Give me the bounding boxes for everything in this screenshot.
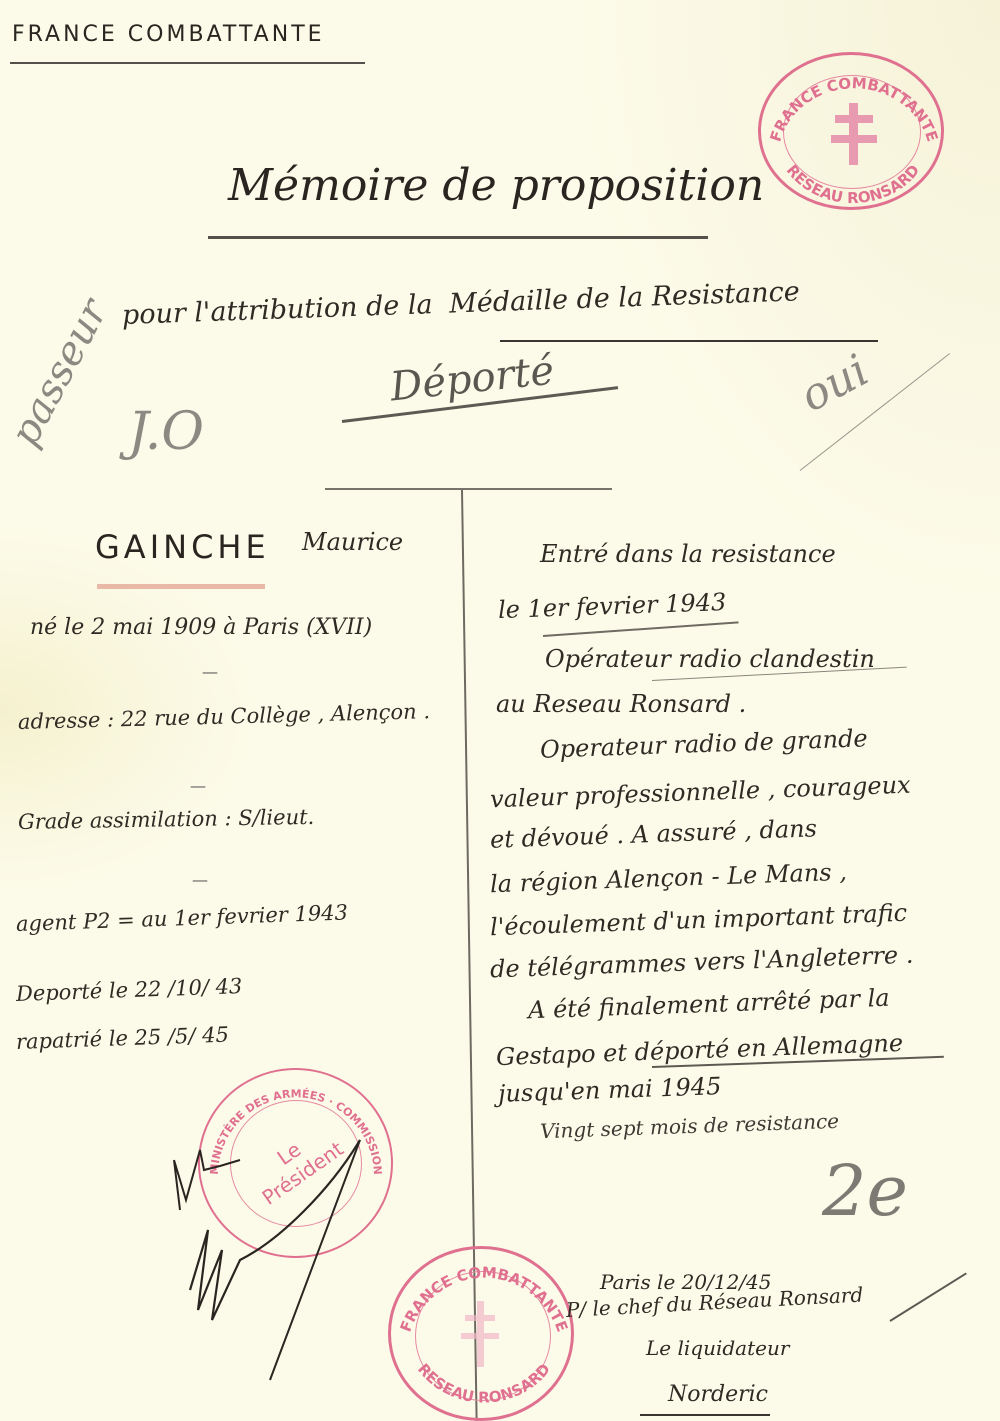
separator-2: — xyxy=(190,776,206,795)
narrative-line-1: Entré dans la resistance xyxy=(540,540,836,568)
person-deported: Deporté le 22 /10/ 43 xyxy=(16,974,243,1006)
lorraine-cross-icon xyxy=(461,1301,499,1367)
narrative-line-3: Opérateur radio clandestin xyxy=(545,645,875,673)
margin-note-2e: 2e xyxy=(822,1150,908,1232)
narrative-line-6: valeur professionnelle , courageux xyxy=(490,771,911,814)
person-birth: né le 2 mai 1909 à Paris (XVII) xyxy=(30,615,372,640)
narrative-line-4: au Reseau Ronsard . xyxy=(496,690,746,718)
narrative-line-5: Operateur radio de grande xyxy=(540,724,868,763)
person-first-name: Maurice xyxy=(302,528,403,556)
document-title: Mémoire de proposition xyxy=(228,160,764,211)
subtitle-prefix: pour l'attribution de la xyxy=(121,289,433,331)
president-signature xyxy=(160,1130,400,1390)
award-underline xyxy=(500,340,878,342)
stamp-text-ring: FRANCE COMBATTANTE RESEAU RONSARD xyxy=(761,55,947,213)
svg-text:RESEAU RONSARD: RESEAU RONSARD xyxy=(414,1360,554,1406)
bottom-right-stroke xyxy=(889,1272,966,1321)
narrative-line-11: A été finalement arrêté par la xyxy=(528,984,890,1025)
person-repatriated: rapatrié le 25 /5/ 45 xyxy=(16,1023,230,1054)
narrative-line-9: l'écoulement d'un important trafic xyxy=(490,899,908,942)
signature-role: Le liquidateur xyxy=(646,1336,789,1360)
organisation-header: FRANCE COMBATTANTE xyxy=(12,22,325,47)
stamp-reseau-ronsard-bottom: FRANCE COMBATTANTE RESEAU RONSARD xyxy=(388,1246,574,1421)
separator-3: — xyxy=(192,870,208,889)
subtitle-award: Médaille de la Resistance xyxy=(449,276,801,319)
person-agent: agent P2 = au 1er fevrier 1943 xyxy=(16,900,349,936)
narrative-line-2: le 1er fevrier 1943 xyxy=(498,588,727,624)
margin-note-passeur: passeur xyxy=(2,292,117,454)
stamp-reseau-ronsard-top: FRANCE COMBATTANTE RESEAU RONSARD xyxy=(758,52,944,210)
title-underline xyxy=(208,236,708,239)
narrative-line-10: de télégrammes vers l'Angleterre . xyxy=(490,941,914,984)
surname-red-underline xyxy=(97,584,265,589)
separator-1: — xyxy=(202,662,218,681)
margin-note-oui: oui xyxy=(792,345,877,422)
organisation-underline xyxy=(10,62,365,64)
margin-note-jo: J.O xyxy=(128,402,204,462)
signature-underline xyxy=(640,1414,770,1416)
subtitle: pour l'attribution de la Médaille de la … xyxy=(121,276,800,331)
narrative-line-14: Vingt sept mois de resistance xyxy=(540,1109,840,1143)
person-address: adresse : 22 rue du Collège , Alençon . xyxy=(18,699,431,734)
person-surname: GAINCHE xyxy=(95,528,270,566)
date-underline xyxy=(543,621,739,636)
category-deporte: Déporté xyxy=(388,348,556,411)
person-grade: Grade assimilation : S/lieut. xyxy=(18,805,315,834)
signature-name: Norderic xyxy=(668,1382,768,1407)
lorraine-cross-icon xyxy=(831,103,877,165)
narrative-line-13: jusqu'en mai 1945 xyxy=(498,1072,722,1108)
narrative-line-8: la région Alençon - Le Mans , xyxy=(490,858,848,898)
narrative-line-7: et dévoué . A assuré , dans xyxy=(490,814,818,853)
column-top-rule xyxy=(325,488,612,490)
svg-text:RESEAU RONSARD: RESEAU RONSARD xyxy=(783,161,923,207)
